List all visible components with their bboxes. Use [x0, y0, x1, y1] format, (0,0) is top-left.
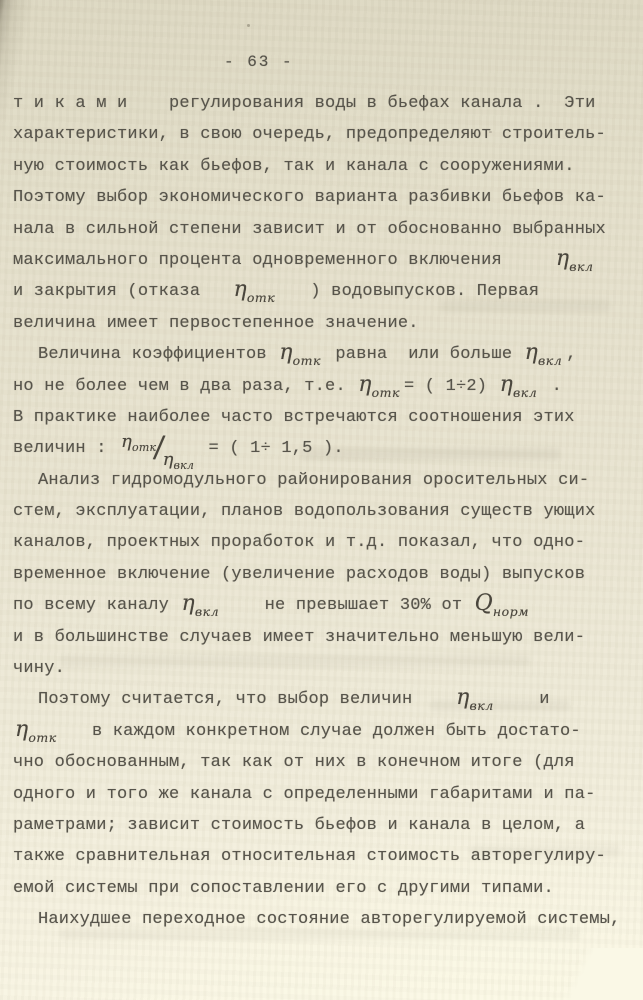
text-line: нала в сильной степени зависит и от обос… — [13, 214, 631, 245]
text-run: Поэтому выбор экономического варианта ра… — [13, 188, 606, 207]
q-norm-symbol: Qнорм — [473, 595, 533, 613]
text-run: т и к а м и регулирования воды в бьефах … — [13, 94, 596, 113]
text-run: максимального процента одновременного вк… — [13, 251, 554, 270]
paragraph: т и к а м и регулирования воды в бьефах … — [13, 88, 631, 339]
text-line: т и к а м и регулирования воды в бьефах … — [13, 88, 631, 119]
text-run: равна или больше — [325, 345, 523, 364]
text-line: каналов, проектных проработок и т.д. пок… — [13, 527, 631, 558]
text-run: чину. — [13, 659, 65, 678]
eta-vkl-symbol: ηвкл — [498, 376, 542, 394]
text-run: не превышает 30% от — [223, 596, 473, 615]
text-run: В практике наиболее часто встречаются со… — [13, 408, 575, 427]
text-run: = ( 1÷ 1,5 ). — [198, 439, 344, 458]
text-line: одного и того же канала с определенными … — [13, 779, 631, 810]
text-run: ную стоимость как бьефов, так и канала с… — [13, 157, 575, 176]
text-line: Величина коэффициентов ηотк равна или бо… — [13, 339, 631, 370]
text-line: стем, эксплуатации, планов водопользован… — [13, 496, 631, 527]
text-run: временное включение (увеличение расходов… — [13, 565, 585, 584]
text-run: но не более чем в два раза, т.е. — [13, 377, 356, 396]
text-run: величина имеет первостепенное значение. — [13, 314, 419, 333]
eta-otk-symbol: ηотк — [13, 721, 61, 739]
text-line: временное включение (увеличение расходов… — [13, 559, 631, 590]
text-run: в каждом конкретном случае должен быть д… — [61, 722, 581, 741]
text-line: Анализ гидромодульного районирования оро… — [13, 465, 631, 496]
text-run: чно обоснованным, так как от них в конеч… — [13, 753, 575, 772]
text-run: раметрами; зависит стоимость бьефов и ка… — [13, 816, 585, 835]
paragraph: Поэтому считается, что выбор величин ηвк… — [13, 684, 631, 904]
eta-otk-symbol: ηотк — [277, 344, 325, 362]
text-line: по всему каналу ηвкл не превышает 30% от… — [13, 590, 631, 621]
page-body: т и к а м и регулирования воды в бьефах … — [13, 88, 631, 936]
text-run: , — [566, 345, 576, 364]
text-line: максимального процента одновременного вк… — [13, 245, 631, 276]
text-line: ную стоимость как бьефов, так и канала с… — [13, 151, 631, 182]
text-line: раметрами; зависит стоимость бьефов и ка… — [13, 810, 631, 841]
paper-speck — [247, 24, 250, 27]
text-run: одного и того же канала с определенными … — [13, 785, 596, 804]
text-line: ηотк в каждом конкретном случае должен б… — [13, 716, 631, 747]
text-run: также сравнительная относительная стоимо… — [13, 847, 606, 866]
text-line: также сравнительная относительная стоимо… — [13, 841, 631, 872]
text-line: и закрытия (отказа ηотк ) водовыпусков. … — [13, 276, 631, 307]
text-run: Наихудшее переходное состояние авторегул… — [38, 910, 621, 929]
eta-otk-symbol: ηотк — [231, 281, 279, 299]
text-run: характеристики, в свою очередь, предопре… — [13, 125, 606, 144]
text-run: и — [498, 690, 550, 709]
eta-vkl-symbol: ηвкл — [554, 250, 598, 268]
text-run: стем, эксплуатации, планов водопользован… — [13, 502, 596, 521]
text-run: емой системы при сопоставлении его с дру… — [13, 879, 554, 898]
text-line: характеристики, в свою очередь, предопре… — [13, 119, 631, 150]
text-line: и в большинстве случаев имеет значительн… — [13, 622, 631, 653]
paragraph: Величина коэффициентов ηотк равна или бо… — [13, 339, 631, 465]
text-run: каналов, проектных проработок и т.д. пок… — [13, 533, 585, 552]
paragraph: Анализ гидромодульного районирования оро… — [13, 465, 631, 685]
text-line: величин : ηотк/ηвкл = ( 1÷ 1,5 ). — [13, 433, 631, 464]
text-line: В практике наиболее часто встречаются со… — [13, 402, 631, 433]
text-line: чину. — [13, 653, 631, 684]
eta-vkl-symbol: ηвкл — [523, 344, 567, 362]
text-line: величина имеет первостепенное значение. — [13, 308, 631, 339]
text-run: Величина коэффициентов — [38, 345, 277, 364]
text-run: Анализ гидромодульного районирования оро… — [38, 471, 589, 490]
eta-vkl-symbol: ηвкл — [179, 595, 223, 613]
eta-ratio-formula: ηотк/ηвкл — [117, 436, 198, 454]
eta-otk-symbol: ηотк — [356, 376, 404, 394]
text-line: но не более чем в два раза, т.е. ηотк= (… — [13, 371, 631, 402]
text-run: величин : — [13, 439, 117, 458]
text-line: емой системы при сопоставлении его с дру… — [13, 873, 631, 904]
text-line: Наихудшее переходное состояние авторегул… — [13, 904, 631, 935]
text-run: и в большинстве случаев имеет значительн… — [13, 628, 585, 647]
text-line: чно обоснованным, так как от них в конеч… — [13, 747, 631, 778]
text-run: по всему каналу — [13, 596, 179, 615]
page-number: - 63 - — [224, 53, 294, 71]
text-line: Поэтому считается, что выбор величин ηвк… — [13, 684, 631, 715]
text-run: нала в сильной степени зависит и от обос… — [13, 220, 606, 239]
text-run: . — [541, 377, 562, 396]
eta-vkl-symbol: ηвкл — [454, 689, 498, 707]
paragraph: Наихудшее переходное состояние авторегул… — [13, 904, 631, 935]
text-run: и закрытия (отказа — [13, 282, 231, 301]
text-line: Поэтому выбор экономического варианта ра… — [13, 182, 631, 213]
text-run: = ( 1÷2) — [404, 377, 498, 396]
text-run: ) водовыпусков. Первая — [279, 282, 539, 301]
text-run: Поэтому считается, что выбор величин — [38, 690, 454, 709]
scanned-document-page: - 63 - т и к а м и регулирования воды в … — [0, 0, 643, 1000]
